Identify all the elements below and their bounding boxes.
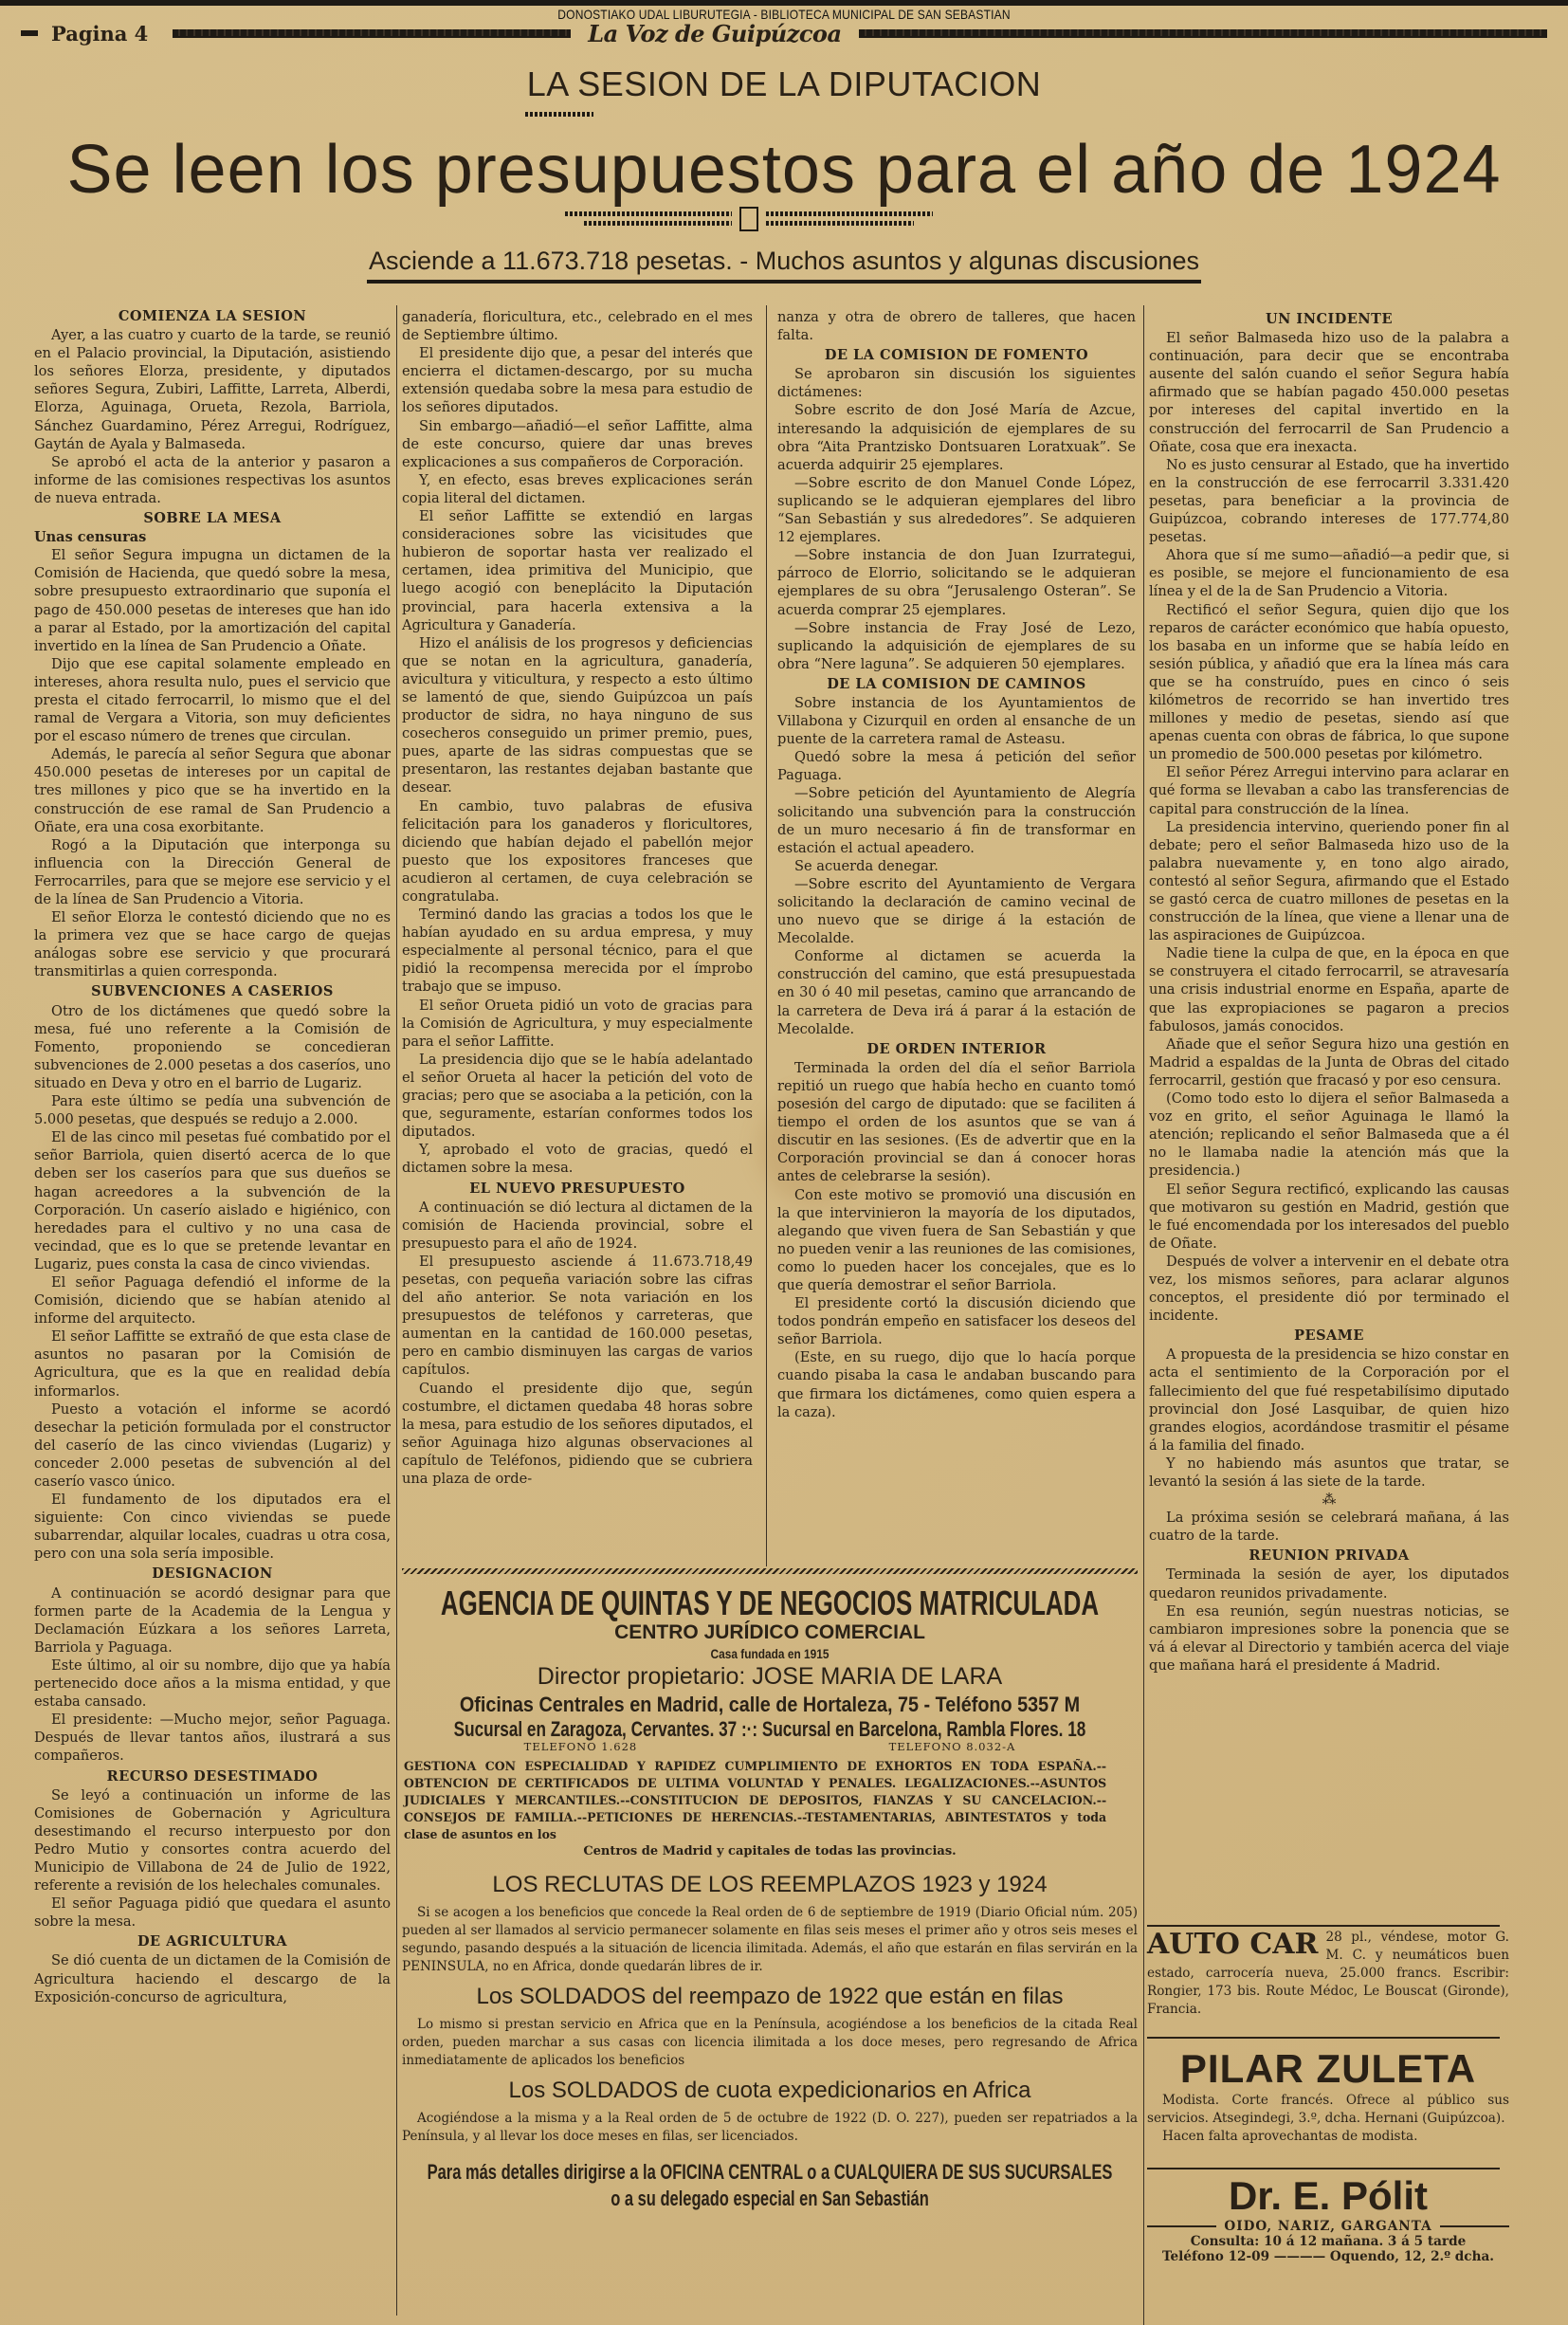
paragraph: nanza y otra de obrero de talleres, que …: [777, 308, 1136, 344]
agency-director: Director propietario: JOSE MARIA DE LARA: [398, 1663, 1141, 1691]
paragraph: El señor Segura rectificó, explicando la…: [1149, 1181, 1509, 1253]
paragraph: Quedó sobre la mesa á petición del señor…: [777, 748, 1136, 784]
section-soldados-text: Lo mismo si prestan servicio en Africa q…: [402, 2016, 1138, 2070]
agency-services: GESTIONA CON ESPECIALIDAD Y RAPIDEZ CUMP…: [404, 1759, 1106, 1844]
rule: [1440, 2225, 1509, 2227]
paragraph: En cambio, tuvo palabras de efusiva feli…: [402, 797, 753, 906]
paragraph: El señor Laffitte se extendió en largas …: [402, 507, 753, 634]
section-heading: PESAME: [1149, 1327, 1509, 1345]
diamond-ornament-icon: [739, 207, 758, 231]
dotted-rule: [766, 221, 914, 226]
agency-branches: Sucursal en Zaragoza, Cervantes. 37 :·: …: [406, 1717, 1134, 1742]
header-rule: [173, 29, 571, 38]
article-column-4: UN INCIDENTEEl señor Balmaseda hizo uso …: [1149, 308, 1509, 1675]
paragraph: Terminada la orden del día el señor Barr…: [777, 1059, 1136, 1186]
paragraph: No es justo censurar al Estado, que ha i…: [1149, 456, 1509, 546]
section-heading: RECURSO DESESTIMADO: [34, 1767, 391, 1785]
paragraph: El señor Orueta pidió un voto de gracias…: [402, 997, 753, 1051]
column-divider: [396, 305, 397, 2316]
paragraph: —Sobre escrito del Ayuntamiento de Verga…: [777, 875, 1136, 947]
asterism-icon: ⁂: [1149, 1491, 1509, 1509]
paragraph: Cuando el presidente dijo que, según cos…: [402, 1380, 753, 1489]
section-heading: DE AGRICULTURA: [34, 1932, 391, 1950]
cta-line-2: o a su delegado especial en San Sebastiá…: [399, 2186, 1141, 2212]
paragraph: A continuación se dió lectura al dictame…: [402, 1199, 753, 1253]
paragraph: El señor Segura impugna un dictamen de l…: [34, 546, 391, 655]
polit-contact: Teléfono 12-09 ———— Oquendo, 12, 2.º dch…: [1147, 2249, 1509, 2264]
section-heading: COMIENZA LA SESION: [34, 307, 391, 325]
paragraph: —Sobre instancia de Fray José de Lezo, s…: [777, 619, 1136, 673]
phone-barcelona: TELEFONO 8.032-A: [889, 1740, 1016, 1753]
polit-specialty: OIDO, NARIZ, GARGANTA: [1224, 2219, 1431, 2234]
column-divider: [766, 305, 767, 1566]
paragraph: El presidente dijo que, a pesar del inte…: [402, 344, 753, 416]
paragraph: Sobre instancia de los Ayuntamientos de …: [777, 694, 1136, 748]
pilar-zuleta-classified: PILAR ZULETA Modista. Corte francés. Ofr…: [1147, 2046, 1509, 2146]
pilar-title: PILAR ZULETA: [1147, 2046, 1509, 2092]
section-heading: DE LA COMISION DE CAMINOS: [777, 675, 1136, 693]
article-kicker: LA SESION DE LA DIPUTACION: [0, 64, 1568, 104]
cta-line-1: Para más detalles dirigirse a la OFICINA…: [399, 2159, 1141, 2186]
polit-title: Dr. E. Pólit: [1147, 2173, 1509, 2219]
section-reclutas-text: Si se acogen a los beneficios que conced…: [402, 1904, 1138, 1976]
page-header: Pagina 4 La Voz de Guipúzcoa: [21, 19, 1547, 47]
paragraph: Ayer, a las cuatro y cuarto de la tarde,…: [34, 326, 391, 453]
paragraph: La presidencia dijo que se le había adel…: [402, 1051, 753, 1141]
agency-title: AGENCIA DE QUINTAS Y DE NEGOCIOS MATRICU…: [366, 1584, 1174, 1623]
paragraph: El señor Laffitte se extrañó de que esta…: [34, 1327, 391, 1400]
section-heading: SUBVENCIONES A CASERIOS: [34, 982, 391, 1000]
agency-advertisement: AGENCIA DE QUINTAS Y DE NEGOCIOS MATRICU…: [398, 1584, 1141, 2212]
paragraph: Añade que el señor Segura hizo una gesti…: [1149, 1035, 1509, 1089]
paragraph: El señor Elorza le contestó diciendo que…: [34, 908, 391, 980]
article-column-3: nanza y otra de obrero de talleres, que …: [777, 308, 1136, 1421]
ad-divider: [1147, 2168, 1500, 2169]
agency-services-end: Centros de Madrid y capitales de todas l…: [398, 1844, 1141, 1858]
paragraph: A continuación se acordó designar para q…: [34, 1584, 391, 1657]
paragraph: Puesto a votación el informe se acordó d…: [34, 1400, 391, 1491]
paragraph: Rectificó el señor Segura, quien dijo qu…: [1149, 601, 1509, 764]
section-soldados-title: Los SOLDADOS del reempazo de 1922 que es…: [398, 1984, 1141, 2010]
paragraph: Terminada la sesión de ayer, los diputad…: [1149, 1565, 1509, 1602]
paragraph: Se aprobaron sin discusión los siguiente…: [777, 365, 1136, 401]
page-number: Pagina 4: [51, 22, 148, 46]
paragraph: Y, aprobado el voto de gracias, quedó el…: [402, 1141, 753, 1177]
section-heading: DESIGNACION: [34, 1565, 391, 1583]
article-headline: Se leen los presupuestos para el año de …: [0, 131, 1568, 209]
paragraph: Conforme al dictamen se acuerda la const…: [777, 947, 1136, 1037]
paragraph: Este último, al oir su nombre, dijo que …: [34, 1657, 391, 1711]
corner-ornament-icon: [21, 30, 38, 36]
autocar-title: AUTO CAR: [1147, 1929, 1318, 1961]
paragraph: —Sobre petición del Ayuntamiento de Aleg…: [777, 784, 1136, 856]
paragraph: El fundamento de los diputados era el si…: [34, 1491, 391, 1563]
paragraph: El presupuesto asciende á 11.673.718,49 …: [402, 1253, 753, 1380]
paragraph: Además, le parecía al señor Segura que a…: [34, 745, 391, 835]
dotted-rule: [766, 211, 933, 216]
paragraph: Sin embargo—añadió—el señor Laffitte, al…: [402, 417, 753, 471]
paragraph: Hizo el análisis de los progresos y defi…: [402, 634, 753, 797]
section-cuota-title: Los SOLDADOS de cuota expedicionarios en…: [398, 2078, 1141, 2104]
phone-zaragoza: TELEFONO 1.628: [524, 1740, 638, 1753]
dotted-rule: [565, 211, 732, 216]
paragraph: Se dió cuenta de un dictamen de la Comis…: [34, 1951, 391, 2005]
polit-hours: Consulta: 10 á 12 mañana. 3 á 5 tarde: [1147, 2234, 1509, 2249]
paragraph: El de las cinco mil pesetas fué combatid…: [34, 1128, 391, 1273]
section-heading: DE LA COMISION DE FOMENTO: [777, 346, 1136, 364]
paragraph: Para este último se pedía una subvención…: [34, 1092, 391, 1128]
paragraph: En esa reunión, según nuestras noticias,…: [1149, 1602, 1509, 1675]
paragraph: El señor Paguaga pidió que quedara el as…: [34, 1895, 391, 1931]
paragraph: A propuesta de la presidencia se hizo co…: [1149, 1346, 1509, 1455]
agency-subtitle: CENTRO JURÍDICO COMERCIAL: [398, 1621, 1141, 1644]
agency-central-office: Oficinas Centrales en Madrid, calle de H…: [435, 1693, 1104, 1717]
subhead-text: Asciende a 11.673.718 pesetas. - Muchos …: [367, 247, 1201, 284]
section-heading: EL NUEVO PRESUPUESTO: [402, 1180, 753, 1198]
header-rule: [859, 29, 1548, 38]
section-heading: DE ORDEN INTERIOR: [777, 1040, 1136, 1058]
rule: [1147, 2225, 1216, 2227]
pilar-text: Modista. Corte francés. Ofrece al públic…: [1147, 2092, 1509, 2128]
section-heading: UN INCIDENTE: [1149, 310, 1509, 328]
paragraph: La presidencia intervino, queriendo pone…: [1149, 818, 1509, 945]
section-cuota-text: Acogiéndose a la misma y a la Real orden…: [402, 2110, 1138, 2146]
scan-edge: [0, 0, 1568, 6]
paragraph: Después de volver a intervenir en el deb…: [1149, 1253, 1509, 1325]
paragraph: —Sobre instancia de don Juan Izurrategui…: [777, 546, 1136, 618]
article-column-2: ganadería, floricultura, etc., celebrado…: [402, 308, 753, 1488]
article-subhead: Asciende a 11.673.718 pesetas. - Muchos …: [0, 247, 1568, 284]
article-column-1: COMIENZA LA SESIONAyer, a las cuatro y c…: [34, 305, 391, 2006]
paragraph: Rogó a la Diputación que interponga su i…: [34, 836, 391, 908]
paragraph: Se leyó a continuación un informe de las…: [34, 1786, 391, 1895]
paragraph: (Este, en su ruego, dijo que lo hacía po…: [777, 1348, 1136, 1420]
paragraph: Y, en efecto, esas breves explicaciones …: [402, 471, 753, 507]
paragraph: Y no habiendo más asuntos que tratar, se…: [1149, 1455, 1509, 1491]
paragraph: El presidente cortó la discusión diciend…: [777, 1294, 1136, 1348]
section-heading: SOBRE LA MESA: [34, 509, 391, 527]
dr-polit-classified: Dr. E. Pólit OIDO, NARIZ, GARGANTA Consu…: [1147, 2173, 1509, 2264]
masthead: La Voz de Guipúzcoa: [588, 20, 841, 47]
paragraph: El señor Pérez Arregui intervino para ac…: [1149, 763, 1509, 817]
paragraph: Se acuerda denegar.: [777, 857, 1136, 875]
paragraph: La próxima sesión se celebrará mañana, á…: [1149, 1509, 1509, 1545]
paragraph: ganadería, floricultura, etc., celebrado…: [402, 308, 753, 344]
paragraph: Con este motivo se promovió una discusió…: [777, 1186, 1136, 1295]
autocar-classified: AUTO CAR 28 pl., véndese, motor G. M. C.…: [1147, 1929, 1509, 2019]
section-reclutas-title: LOS RECLUTAS DE LOS REEMPLAZOS 1923 y 19…: [398, 1872, 1141, 1898]
section-heading: REUNION PRIVADA: [1149, 1547, 1509, 1565]
paragraph: Otro de los dictámenes que quedó sobre l…: [34, 1002, 391, 1092]
agency-founded: Casa fundada en 1915: [454, 1646, 1085, 1661]
agency-phones: TELEFONO 1.628 TELEFONO 8.032-A: [398, 1740, 1141, 1753]
paragraph: Sobre escrito de don José María de Azcue…: [777, 401, 1136, 473]
paragraph: Ahora que sí me sumo—añadió—a pedir que,…: [1149, 546, 1509, 600]
paragraph: Se aprobó el acta de la anterior y pasar…: [34, 453, 391, 507]
paragraph: (Como todo esto lo dijera el señor Balma…: [1149, 1089, 1509, 1180]
agency-cta: Para más detalles dirigirse a la OFICINA…: [399, 2159, 1141, 2212]
dotted-rule: [584, 221, 732, 226]
paragraph: Terminó dando las gracias a todos los qu…: [402, 906, 753, 996]
polit-specialty-row: OIDO, NARIZ, GARGANTA: [1147, 2219, 1509, 2234]
pilar-text-2: Hacen falta aprovechantas de modista.: [1147, 2128, 1509, 2146]
paragraph: El señor Paguaga defendió el informe de …: [34, 1273, 391, 1327]
paragraph: El presidente: —Mucho mejor, señor Pagua…: [34, 1711, 391, 1765]
dotted-rule: [525, 112, 593, 117]
paragraph: Nadie tiene la culpa de que, en la época…: [1149, 944, 1509, 1034]
paragraph: El señor Balmaseda hizo uso de la palabr…: [1149, 329, 1509, 456]
ad-divider: [1147, 2037, 1500, 2039]
subsection-heading: Unas censuras: [34, 528, 391, 546]
wavy-rule: [402, 1568, 1138, 1574]
ad-divider: [1147, 1925, 1500, 1927]
paragraph: —Sobre escrito de don Manuel Conde López…: [777, 474, 1136, 546]
column-divider: [1143, 305, 1144, 2325]
paragraph: Dijo que ese capital solamente empleado …: [34, 655, 391, 745]
